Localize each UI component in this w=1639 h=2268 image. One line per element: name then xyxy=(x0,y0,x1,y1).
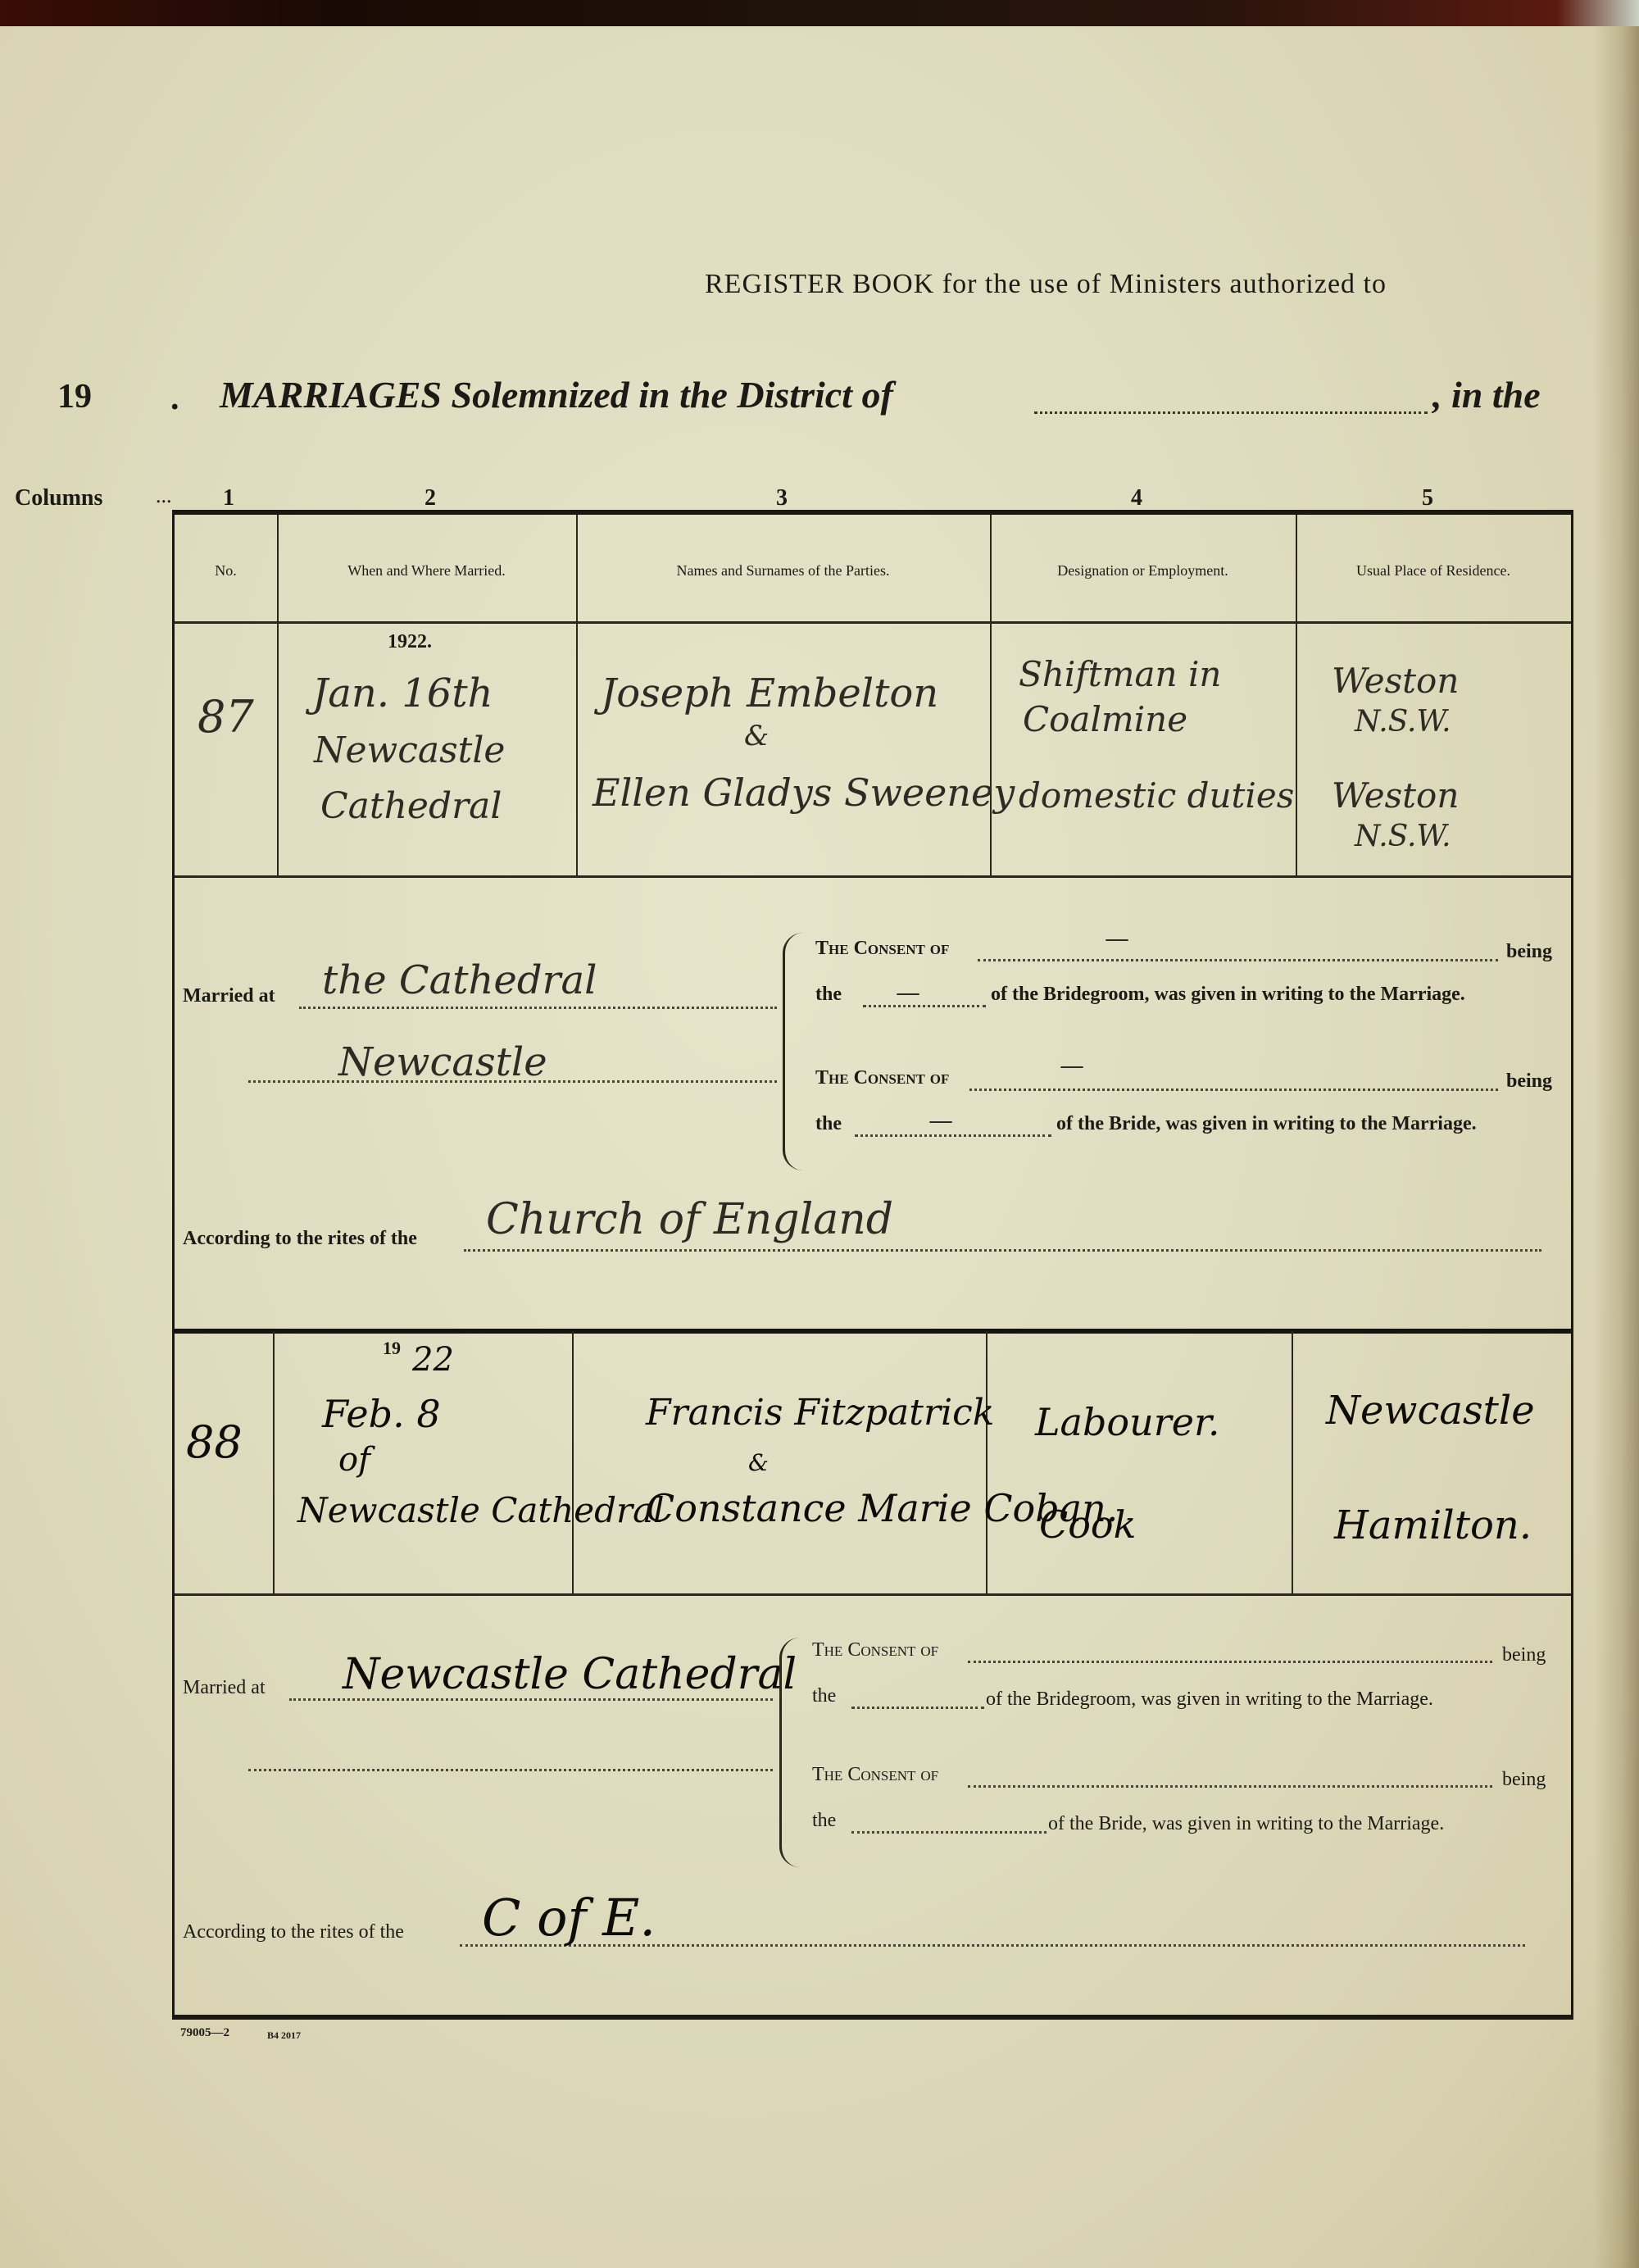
bride-consent-label: The Consent of xyxy=(812,1764,938,1786)
groom-consent-of-field[interactable] xyxy=(968,1661,1492,1663)
entry-number: 88 xyxy=(186,1416,243,1468)
marriage-date: Jan. 16th xyxy=(312,670,493,716)
columns-leader: ... xyxy=(156,484,172,508)
married-at-value-line2: Newcastle xyxy=(338,1039,547,1085)
groom-consent-relation-value: — xyxy=(896,979,920,1007)
ampersand: & xyxy=(744,720,769,752)
form-number: 79005—2 xyxy=(180,2026,229,2040)
groom-consent-of-value: — xyxy=(1105,925,1129,953)
bride-residence-line2: N.S.W. xyxy=(1355,820,1451,853)
groom-name: Joseph Embelton xyxy=(601,670,938,716)
groom-name: Francis Fitzpatrick xyxy=(646,1392,994,1434)
the-label: the xyxy=(815,1113,842,1135)
col-divider xyxy=(1296,515,1297,875)
entry-row-divider xyxy=(175,1593,1571,1596)
groom-consent-label: The Consent of xyxy=(812,1639,938,1661)
groom-consent-relation-field[interactable] xyxy=(851,1707,984,1709)
bride-consent-relation-value: — xyxy=(928,1107,953,1135)
bride-consent-label: The Consent of xyxy=(815,1067,949,1089)
col-divider xyxy=(273,1331,275,1593)
being-label: being xyxy=(1502,1769,1546,1791)
being-label: being xyxy=(1502,1644,1546,1666)
header-row-divider xyxy=(175,621,1571,624)
groom-residence: Newcastle xyxy=(1326,1388,1535,1434)
bride-consent-of-field[interactable] xyxy=(969,1089,1498,1091)
rites-label: According to the rites of the xyxy=(183,1228,417,1250)
bride-employment: Cook xyxy=(1039,1502,1136,1547)
bride-consent-of-value: — xyxy=(1060,1052,1084,1080)
married-at-label: Married at xyxy=(183,1677,266,1699)
marriage-place-line1: Newcastle xyxy=(314,729,505,771)
register-book-title: REGISTER BOOK for the use of Ministers a… xyxy=(705,269,1387,300)
bridegroom-clause: of the Bridegroom, was given in writing … xyxy=(991,984,1465,1006)
column-number-1: 1 xyxy=(223,485,234,511)
col-divider xyxy=(990,515,992,875)
entry-year-prefix: 19 xyxy=(383,1338,401,1359)
column-number-2: 2 xyxy=(425,485,436,511)
print-code: B4 2017 xyxy=(267,2029,301,2042)
the-label: the xyxy=(815,984,842,1006)
rites-field[interactable] xyxy=(464,1249,1541,1252)
heading-suffix: , in the xyxy=(1432,373,1541,416)
bride-employment: domestic duties xyxy=(1019,775,1294,816)
marriage-date-of: of xyxy=(338,1441,370,1479)
bride-residence-line1: Weston xyxy=(1332,775,1459,816)
page-curl-shadow xyxy=(1594,26,1639,2268)
bridegroom-clause: of the Bridegroom, was given in writing … xyxy=(986,1689,1433,1711)
col-divider xyxy=(576,515,578,875)
marriage-place: Newcastle Cathedral xyxy=(297,1490,665,1530)
entry-row-divider xyxy=(175,875,1571,878)
groom-consent-of-field[interactable] xyxy=(978,959,1498,961)
groom-employment-line1: Shiftman in xyxy=(1019,654,1221,694)
column-number-5: 5 xyxy=(1422,485,1433,511)
bride-clause: of the Bride, was given in writing to th… xyxy=(1056,1113,1477,1135)
entry-year-suffix: 22 xyxy=(412,1341,454,1379)
entry-separator xyxy=(175,1329,1571,1334)
year-dot: . xyxy=(170,379,179,418)
bride-consent-of-field[interactable] xyxy=(968,1785,1492,1788)
bride-residence: Hamilton. xyxy=(1334,1502,1532,1548)
consent-brace xyxy=(779,1638,800,1867)
col-divider xyxy=(572,1331,574,1593)
bride-consent-relation-field[interactable] xyxy=(855,1134,1051,1137)
col-header-residence: Usual Place of Residence. xyxy=(1296,562,1571,579)
column-number-3: 3 xyxy=(776,485,788,511)
rites-value: C of E. xyxy=(482,1888,656,1948)
col-divider xyxy=(277,515,279,875)
column-number-4: 4 xyxy=(1131,485,1142,511)
the-label: the xyxy=(812,1685,836,1707)
ampersand: & xyxy=(748,1449,769,1476)
rites-label: According to the rites of the xyxy=(183,1921,404,1943)
entry-number: 87 xyxy=(197,691,254,743)
groom-consent-relation-field[interactable] xyxy=(863,1005,986,1007)
marriages-heading: MARRIAGES Solemnized in the District of xyxy=(220,373,893,416)
marriage-place-line2: Cathedral xyxy=(320,785,502,827)
bride-consent-relation-field[interactable] xyxy=(851,1831,1047,1834)
groom-employment-line2: Coalmine xyxy=(1023,699,1187,739)
married-at-value-line1: Newcastle Cathedral xyxy=(343,1650,797,1699)
bride-clause: of the Bride, was given in writing to th… xyxy=(1048,1813,1444,1835)
groom-consent-label: The Consent of xyxy=(815,938,949,960)
being-label: being xyxy=(1506,1070,1552,1093)
year-prefix: 19 xyxy=(57,377,92,416)
col-divider xyxy=(986,1331,987,1593)
col-divider xyxy=(1292,1331,1293,1593)
book-binding xyxy=(0,0,1639,28)
groom-employment: Labourer. xyxy=(1035,1400,1220,1444)
bride-name: Ellen Gladys Sweeney xyxy=(592,770,1015,815)
marriage-date: Feb. 8 xyxy=(322,1392,441,1436)
col-header-when-where: When and Where Married. xyxy=(277,562,576,579)
col-header-no: No. xyxy=(175,562,277,579)
col-header-employment: Designation or Employment. xyxy=(990,562,1296,579)
entry-year: 1922. xyxy=(388,631,432,653)
the-label: the xyxy=(812,1810,836,1832)
being-label: being xyxy=(1506,941,1552,963)
district-field[interactable] xyxy=(1034,411,1428,414)
columns-label: Columns xyxy=(15,485,102,511)
married-at-value-line1: the Cathedral xyxy=(322,957,597,1003)
col-header-names: Names and Surnames of the Parties. xyxy=(576,562,990,579)
groom-residence-line2: N.S.W. xyxy=(1355,705,1451,739)
groom-residence-line1: Weston xyxy=(1332,661,1459,701)
marriage-register-table: No. When and Where Married. Names and Su… xyxy=(172,510,1573,2020)
married-at-line2-field[interactable] xyxy=(248,1769,773,1771)
consent-brace xyxy=(783,933,803,1170)
rites-value: Church of England xyxy=(486,1195,893,1244)
married-at-label: Married at xyxy=(183,985,275,1007)
married-at-line1-field[interactable] xyxy=(299,1007,777,1009)
